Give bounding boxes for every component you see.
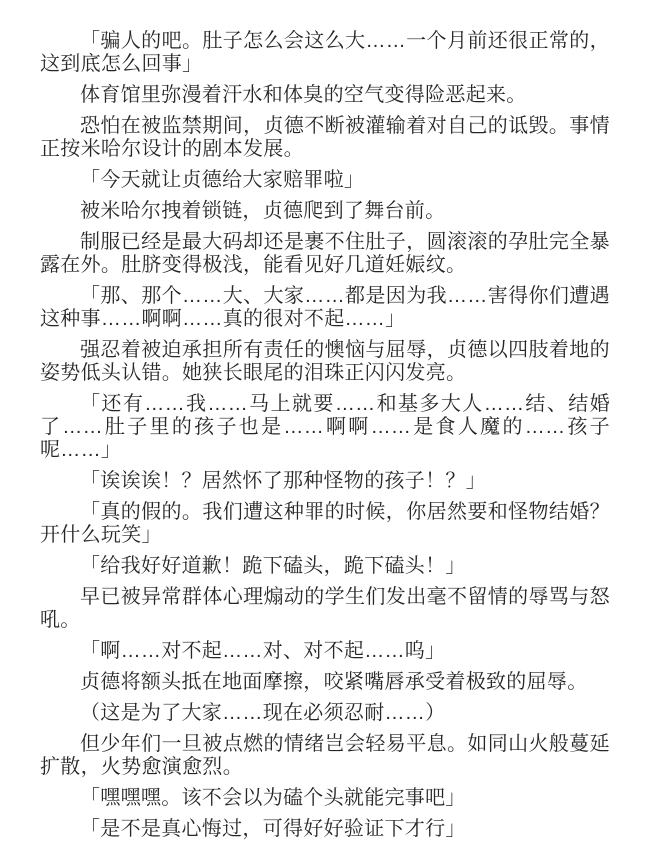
paragraph-narration: 强忍着被迫承担所有责任的懊恼与屈辱，贞德以四肢着地的姿势低头认错。她狭长眼尾的泪…	[40, 339, 610, 385]
paragraph-narration: 早已被异常群体心理煽动的学生们发出毫不留情的辱骂与怒吼。	[40, 586, 610, 632]
paragraph-dialogue: 「还有……我……马上就要……和基多大人……结、结婚了……肚子里的孩子也是……啊啊…	[40, 393, 610, 462]
paragraph-inner-thought: （这是为了大家……现在必须忍耐……）	[40, 702, 610, 725]
paragraph-narration: 贞德将额头抵在地面摩擦，咬紧嘴唇承受着极致的屈辱。	[40, 671, 610, 694]
paragraph-narration: 恐怕在被监禁期间，贞德不断被灌输着对自己的诋毁。事情正按米哈尔设计的剧本发展。	[40, 115, 610, 161]
paragraph-dialogue: 「骗人的吧。肚子怎么会这么大……一个月前还很正常的，这到底怎么回事」	[40, 30, 610, 76]
paragraph-dialogue: 「嘿嘿嘿。该不会以为磕个头就能完事吧」	[40, 787, 610, 810]
paragraph-dialogue: 「真的假的。我们遭这种罪的时候，你居然要和怪物结婚？开什么玩笑」	[40, 501, 610, 547]
paragraph-narration: 体育馆里弥漫着汗水和体臭的空气变得险恶起来。	[40, 84, 610, 107]
paragraph-narration: 但少年们一旦被点燃的情绪岂会轻易平息。如同山火般蔓延扩散，火势愈演愈烈。	[40, 733, 610, 779]
paragraph-dialogue: 「是不是真心悔过，可得好好验证下才行」	[40, 818, 610, 841]
paragraph-dialogue: 「啊……对不起……对、对不起……呜」	[40, 640, 610, 663]
paragraph-dialogue: 「给我好好道歉！跪下磕头，跪下磕头！」	[40, 555, 610, 578]
paragraph-dialogue: 「诶诶诶！？居然怀了那种怪物的孩子！？」	[40, 470, 610, 493]
paragraph-dialogue: 「那、那个……大、大家……都是因为我……害得你们遭遇这种事……啊啊……真的很对不…	[40, 285, 610, 331]
paragraph-narration: 被米哈尔拽着锁链，贞德爬到了舞台前。	[40, 200, 610, 223]
paragraph-dialogue: 「今天就让贞德给大家赔罪啦」	[40, 169, 610, 192]
novel-text-page: 「骗人的吧。肚子怎么会这么大……一个月前还很正常的，这到底怎么回事」 体育馆里弥…	[0, 0, 650, 850]
paragraph-narration: 制服已经是最大码却还是裹不住肚子，圆滚滚的孕肚完全暴露在外。肚脐变得极浅，能看见…	[40, 231, 610, 277]
